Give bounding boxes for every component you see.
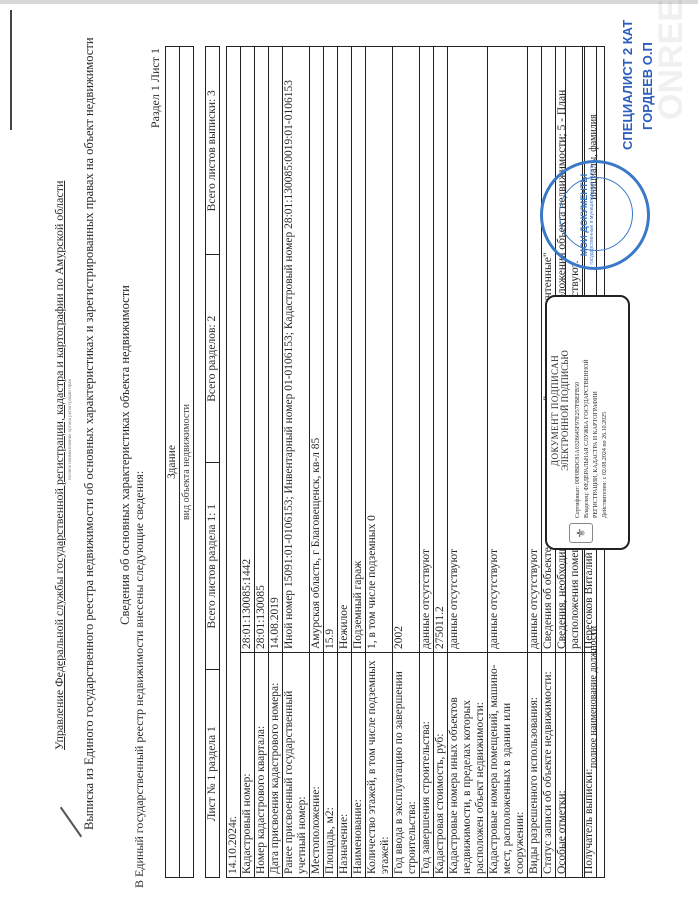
row-label: Кадастровые номера помещений, машино-мес… [488, 652, 527, 877]
stamp-subtext: государственные и муниципальные услуги [589, 163, 595, 267]
esign-validity: Действителен: с 02.08.2024 по 26.10.2025 [601, 303, 610, 518]
row-label: Кадастровые номера иных объектов недвижи… [448, 652, 487, 877]
table-row: Местоположение:Амурская область, г Благо… [309, 47, 323, 877]
position-caption: полное наименование должности [588, 517, 599, 877]
row-label: Виды разрешенного использования: [528, 652, 541, 877]
row-value: Нежилое [338, 47, 351, 652]
row-value: 28:01:130085 [255, 47, 268, 652]
table-row: Кадастровая стоимость, руб:275011.2 [433, 47, 447, 877]
row-value: данные отсутствуют [488, 47, 527, 652]
table-row: Назначение:Нежилое [337, 47, 351, 877]
esign-subtitle: ЭЛЕКТРОННОЙ ПОДПИСЬЮ [560, 303, 570, 518]
row-value: Амурская область, г Благовещенск, кв-л 8… [310, 47, 323, 652]
row-value: 14.08.2019 [269, 47, 282, 652]
stamp-text: МОИ ДОКУМЕНТЫ [579, 174, 589, 257]
row-value: 15.9 [324, 47, 337, 652]
sheets-in-section: Всего листов раздела 1: 1 [206, 462, 219, 670]
row-label: Год ввода в эксплуатацию по завершении с… [393, 652, 419, 877]
row-value: 28:01:130085:1442 [241, 47, 254, 652]
row-value: Подземный гараж [352, 47, 365, 652]
authority-caption: полное наименование органа регистрации п… [68, 379, 73, 480]
row-value: данные отсутствуют [448, 47, 487, 652]
sheets-total: Всего листов выписки: 3 [206, 47, 219, 255]
row-label: Кадастровый номер: [241, 652, 254, 877]
specialist-stamp-line1: СПЕЦИАЛИСТ 2 КАТ [620, 20, 635, 150]
table-row: Площадь, м2:15.9 [323, 47, 337, 877]
section-title: Сведения об основных характеристиках объ… [118, 0, 133, 910]
row-label: Кадастровая стоимость, руб: [434, 652, 447, 877]
row-label: Год завершения строительства: [420, 652, 433, 877]
esign-certificate: Сертификат: 00F0BDC81A0328645F97E257FBEF… [574, 303, 583, 518]
esign-owner: Владелец: ФЕДЕРАЛЬНАЯ СЛУЖБА ГОСУДАРСТВЕ… [583, 303, 592, 518]
sheet-info-table: Лист № 1 раздела 1 Всего листов раздела … [205, 46, 220, 878]
row-label: Ранее присвоенный государственный учетны… [283, 652, 309, 877]
row-value: данные отсутствуют [528, 47, 541, 652]
row-label: Назначение: [338, 652, 351, 877]
table-row: Количество этажей, в том числе подземных… [365, 47, 392, 877]
row-value: 2002 [393, 47, 419, 652]
row-value: 275011.2 [434, 47, 447, 652]
row-label: Номер кадастрового квартала: [255, 652, 268, 877]
table-row: Наименование:Подземный гараж [351, 47, 365, 877]
object-type-value: Здание [166, 47, 179, 877]
table-row: Год ввода в эксплуатацию по завершении с… [392, 47, 419, 877]
table-row: Кадастровый номер:28:01:130085:1442 [240, 47, 254, 877]
mfc-stamp: МОИ ДОКУМЕНТЫгосударственные и муниципал… [540, 160, 650, 270]
table-row: Виды разрешенного использования:данные о… [527, 47, 541, 877]
row-label: Наименование: [352, 652, 365, 877]
table-row: Год завершения строительства:данные отсу… [419, 47, 433, 877]
authority-name: Управление Федеральной службы государств… [52, 181, 67, 750]
sheet-number: Лист № 1 раздела 1 [206, 670, 219, 878]
table-row: Кадастровые номера помещений, машино-мес… [487, 47, 527, 877]
table-row: Ранее присвоенный государственный учетны… [282, 47, 309, 877]
section-sheet-label: Раздел 1 Лист 1 [148, 48, 163, 128]
row-value: данные отсутствуют [420, 47, 433, 652]
row-value: Иной номер 15091:01-0106153; Инвентарный… [283, 47, 309, 652]
row-label: Местоположение: [310, 652, 323, 877]
pen-mark [60, 807, 82, 838]
esign-owner-2: РЕГИСТРАЦИИ, КАДАСТРА И КАРТОГРАФИИ [592, 303, 601, 518]
electronic-signature-block: ⚜ ДОКУМЕНТ ПОДПИСАН ЭЛЕКТРОННОЙ ПОДПИСЬЮ… [545, 295, 630, 550]
row-label: Статус записи об объекте недвижимости: [542, 652, 555, 877]
table-row: Дата присвоения кадастрового номера:14.0… [268, 47, 282, 877]
watermark: ONREES [652, 0, 691, 120]
sections-total: Всего разделов: 2 [206, 255, 219, 463]
coat-of-arms-icon: ⚜ [569, 523, 593, 543]
characteristics-table: 14.10.2024г. Кадастровый номер:28:01:130… [226, 46, 597, 878]
intro-text: В Единый государственный реестр недвижим… [132, 471, 147, 888]
object-type-table: Здание вид объекта недвижимости [165, 46, 194, 878]
table-row: Кадастровые номера иных объектов недвижи… [447, 47, 487, 877]
object-type-caption: вид объекта недвижимости [180, 47, 193, 877]
row-label: Количество этажей, в том числе подземных… [366, 652, 392, 877]
row-label: Площадь, м2: [324, 652, 337, 877]
extract-date: 14.10.2024г. [227, 813, 240, 877]
row-value: 1, в том числе подземных 0 [366, 47, 392, 652]
table-row: Номер кадастрового квартала:28:01:130085 [254, 47, 268, 877]
row-label: Дата присвоения кадастрового номера: [269, 652, 282, 877]
document-title: Выписка из Единого государственного реес… [82, 37, 97, 830]
document-page: Управление Федеральной службы государств… [0, 0, 698, 910]
esign-title: ДОКУМЕНТ ПОДПИСАН [550, 303, 560, 518]
